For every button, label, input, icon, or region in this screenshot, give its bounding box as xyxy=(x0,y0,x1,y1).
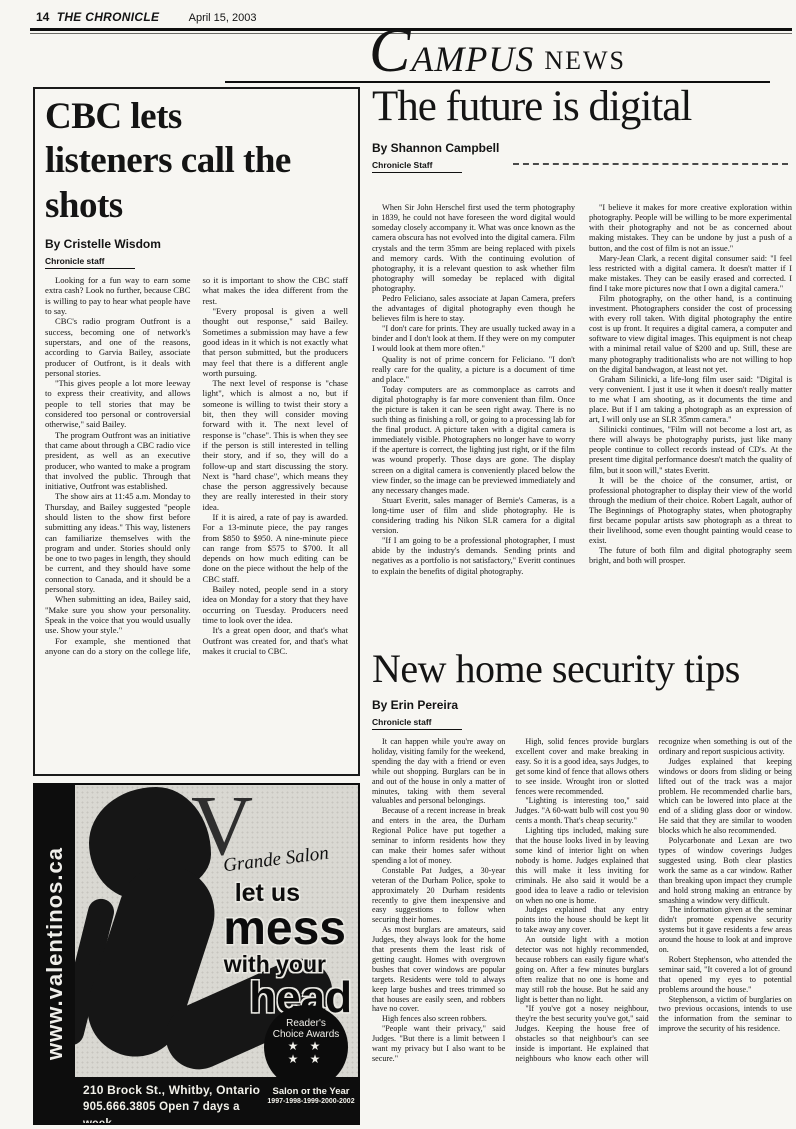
ad-award-years: 1997-1998-1999-2000-2002 xyxy=(264,1097,358,1106)
article-paragraph: The future of both film and digital phot… xyxy=(589,546,792,566)
byline-dash-rule xyxy=(513,163,788,165)
article-paragraph: Polycarbonate and Lexan are two types of… xyxy=(659,836,792,905)
article-digital-body: When Sir John Herschel first used the te… xyxy=(372,203,792,649)
article-paragraph: Robert Stephenson, who attended the semi… xyxy=(659,955,792,995)
article-paragraph: Judges explained that keeping windows or… xyxy=(659,757,792,836)
article-paragraph: "I don't care for prints. They are usual… xyxy=(372,324,575,354)
article-security-headline: New home security tips xyxy=(372,648,792,690)
ad-slogan-line2: mess xyxy=(223,906,346,952)
article-paragraph: "I believe it makes for more creative ex… xyxy=(589,203,792,253)
paper-name: THE CHRONICLE xyxy=(57,10,160,24)
ad-phone-hours: 905.666.3805 Open 7 days a week xyxy=(83,1099,264,1123)
byline-author: By Shannon Campbell xyxy=(372,141,499,155)
article-paragraph: "Lighting is interesting too," said Judg… xyxy=(515,796,648,826)
article-paragraph: It will be the choice of the consumer, a… xyxy=(589,476,792,547)
article-paragraph: The program Outfront was an initiative t… xyxy=(45,430,191,492)
article-paragraph: Quality is not of prime concern for Feli… xyxy=(372,355,575,385)
byline-credit: Chronicle staff xyxy=(45,255,135,269)
article-paragraph: Constable Pat Judges, a 30-year veteran … xyxy=(372,866,505,925)
readers-choice-badge: Reader's Choice Awards ★ ★ ★ ★ xyxy=(264,1005,348,1089)
page-header: 14 THE CHRONICLE April 15, 2003 xyxy=(36,10,257,24)
article-paragraph: Because of a recent increase in break an… xyxy=(372,806,505,865)
article-security: New home security tips By Erin Pereira C… xyxy=(372,648,792,1117)
article-paragraph: When Sir John Herschel first used the te… xyxy=(372,203,575,294)
page-number: 14 xyxy=(36,10,49,24)
article-paragraph: An outside light with a motion detector … xyxy=(515,935,648,1004)
article-paragraph: Bailey noted, people send in a story ide… xyxy=(203,584,349,625)
article-paragraph: If it is aired, a rate of pay is awarded… xyxy=(203,512,349,584)
article-paragraph: Lighting tips included, making sure that… xyxy=(515,826,648,905)
byline-author: By Erin Pereira xyxy=(372,698,792,712)
article-paragraph: Stuart Everitt, sales manager of Bernie'… xyxy=(372,496,575,536)
valentinos-ad: www.valentinos.ca V Grande Salon let us … xyxy=(33,783,360,1125)
article-paragraph: Judges explained that any entry points i… xyxy=(515,905,648,935)
byline-author: By Cristelle Wisdom xyxy=(45,237,348,251)
article-paragraph: Looking for a fun way to earn some extra… xyxy=(45,275,191,316)
article-paragraph: The show airs at 11:45 a.m. Monday to Th… xyxy=(45,491,191,594)
section-masthead: CAMPUSNEWS xyxy=(225,36,770,83)
article-security-byline: By Erin Pereira Chronicle staff xyxy=(372,698,792,730)
article-security-body: It can happen while you're away on holid… xyxy=(372,737,792,1117)
article-digital-byline: By Shannon Campbell Chronicle Staff xyxy=(372,141,792,173)
article-paragraph: "This gives people a lot more leeway to … xyxy=(45,378,191,429)
article-paragraph: Stephenson, a victim of burglaries on tw… xyxy=(659,995,792,1035)
article-paragraph: When submitting an idea, Bailey said, "M… xyxy=(45,594,191,635)
article-cbc-byline: By Cristelle Wisdom Chronicle staff xyxy=(45,237,348,269)
article-paragraph: Today computers are as commonplace as ca… xyxy=(372,385,575,496)
badge-line1: Reader's xyxy=(264,1018,348,1029)
article-digital: The future is digital By Shannon Campbel… xyxy=(372,84,792,649)
section-title-news: NEWS xyxy=(544,46,626,75)
header-rule xyxy=(30,28,792,31)
article-paragraph: Pedro Feliciano, sales associate at Japa… xyxy=(372,294,575,324)
section-title-campus: CAMPUS xyxy=(369,36,534,79)
article-paragraph: The information given at the seminar did… xyxy=(659,905,792,955)
ad-photo-area: V Grande Salon let us mess with your hea… xyxy=(75,785,358,1123)
article-paragraph: "People want their privacy," said Judges… xyxy=(372,1024,505,1064)
article-digital-headline: The future is digital xyxy=(372,84,792,129)
article-paragraph: Mary-Jean Clark, a recent digital consum… xyxy=(589,254,792,294)
star-icon: ★ ★ xyxy=(264,1053,348,1066)
header-rule-thin xyxy=(30,33,792,34)
article-cbc-headline: CBC lets listeners call the shots xyxy=(45,95,313,228)
article-paragraph: High fences also screen robbers. xyxy=(372,1014,505,1024)
article-paragraph: It's a great open door, and that's what … xyxy=(203,625,349,656)
article-cbc-body: Looking for a fun way to earn some extra… xyxy=(45,275,348,767)
article-paragraph: Silinicki continues, "Film will not beco… xyxy=(589,425,792,475)
article-paragraph: High, solid fences provide burglars exce… xyxy=(515,737,648,796)
article-paragraph: Film photography, on the other hand, is … xyxy=(589,294,792,375)
issue-date: April 15, 2003 xyxy=(189,12,257,24)
newspaper-page: 14 THE CHRONICLE April 15, 2003 CAMPUSNE… xyxy=(0,0,796,1129)
article-paragraph: The next level of response is "chase lig… xyxy=(203,378,349,512)
ad-side-strip: www.valentinos.ca xyxy=(35,785,75,1123)
article-paragraph: CBC's radio program Outfront is a succes… xyxy=(45,316,191,378)
byline-credit: Chronicle Staff xyxy=(372,159,462,173)
article-paragraph: "Every proposal is given a well thought … xyxy=(203,306,349,378)
ad-slogan: let us mess with your head xyxy=(223,881,352,1020)
ad-address: 210 Brock St., Whitby, Ontario xyxy=(83,1082,264,1099)
article-paragraph: As most burglars are amateurs, said Judg… xyxy=(372,925,505,1014)
article-paragraph: "If I am going to be a professional phot… xyxy=(372,536,575,576)
article-paragraph: Graham Silinicki, a life-long film user … xyxy=(589,375,792,425)
article-cbc: CBC lets listeners call the shots By Cri… xyxy=(33,87,360,776)
byline-credit: Chronicle staff xyxy=(372,716,462,730)
article-paragraph: It can happen while you're away on holid… xyxy=(372,737,505,806)
ad-website-url: www.valentinos.ca xyxy=(42,847,68,1060)
